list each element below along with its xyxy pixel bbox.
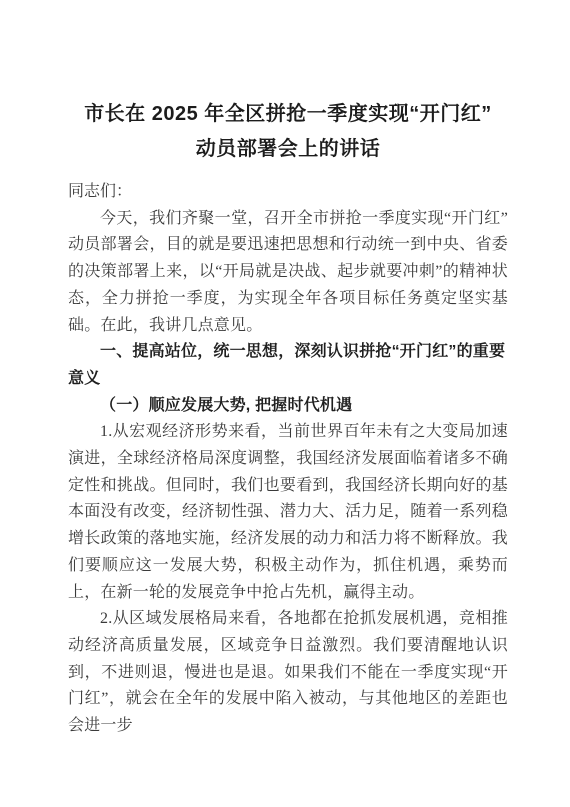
- document-title-line-2: 动员部署会上的讲话: [68, 132, 508, 167]
- paragraph-point-1-macro-economy: 1.从宏观经济形势来看，当前世界百年未有之大变局加速演进，全球经济格局深度调整，…: [68, 419, 508, 606]
- document-title: 市长在 2025 年全区拼抢一季度实现“开门红” 动员部署会上的讲话: [68, 97, 508, 167]
- subsection-heading-one-one: （一）顺应发展大势, 把握时代机遇: [68, 393, 508, 420]
- paragraph-introduction: 今天，我们齐聚一堂，召开全市拼抢一季度实现“开门红”动员部署会，目的就是要迅速把…: [68, 206, 508, 340]
- salutation: 同志们：: [68, 179, 508, 206]
- document-title-line-1: 市长在 2025 年全区拼抢一季度实现“开门红”: [68, 97, 508, 132]
- paragraph-point-2-regional-pattern: 2.从区域发展格局来看，各地都在抢抓发展机遇，竞相推动经济高质量发展，区域竞争日…: [68, 606, 508, 740]
- section-heading-one: 一、提高站位，统一思想，深刻认识拼抢“开门红”的重要意义: [68, 339, 508, 392]
- document-page: 市长在 2025 年全区拼抢一季度实现“开门红” 动员部署会上的讲话 同志们： …: [0, 0, 570, 807]
